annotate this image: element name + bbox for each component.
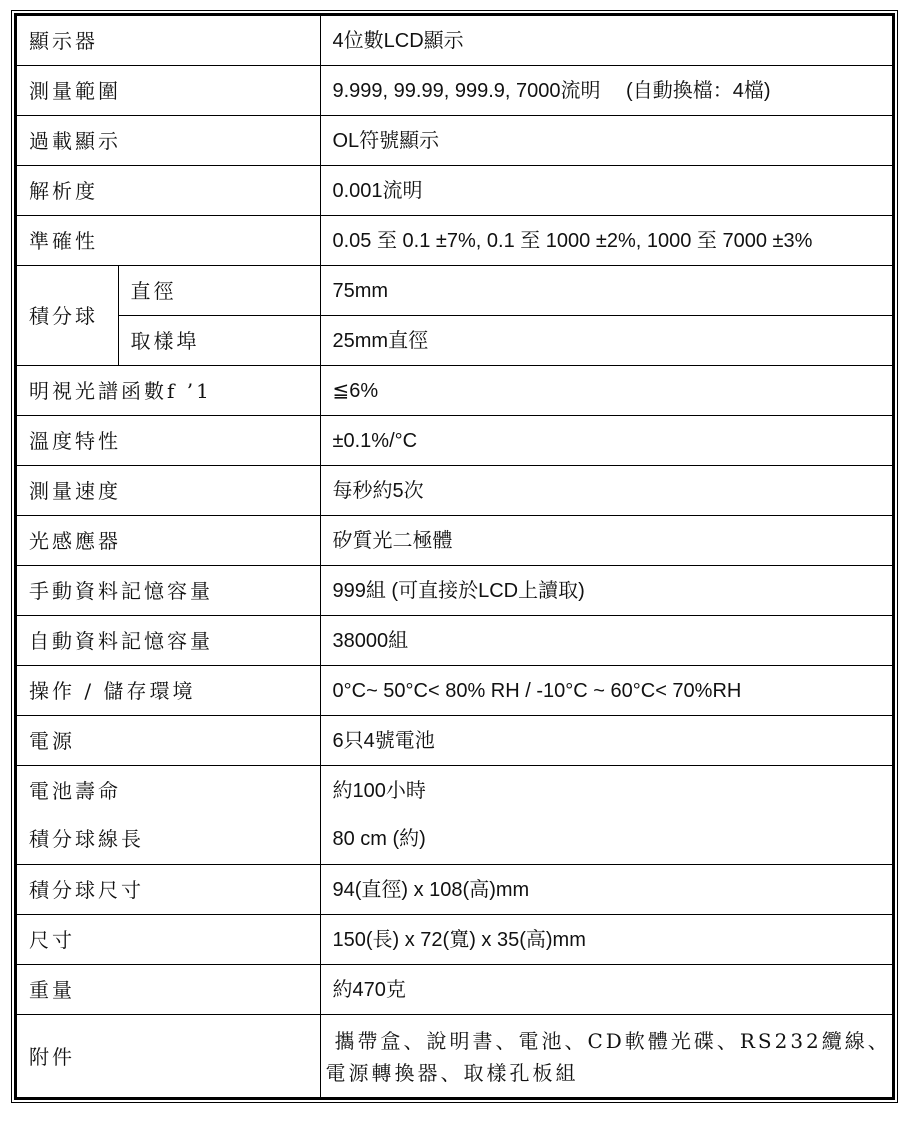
row-value: 矽質光二極體: [320, 516, 892, 566]
row-value: 4位數LCD顯示: [320, 16, 892, 66]
row-value: 0°C~ 50°C< 80% RH / -10°C ~ 60°C< 70%RH: [320, 666, 892, 716]
table-row-dimensions: 尺寸 150(長) x 72(寬) x 35(高)mm: [17, 915, 892, 965]
row-label: 電池壽命: [29, 767, 320, 815]
accessories-line: 電源轉換器、取樣孔板組: [326, 1057, 893, 1089]
row-value: 約100小時: [333, 767, 893, 815]
table-row-temperature: 溫度特性 ±0.1%/°C: [17, 416, 892, 466]
table-row-power: 電源 6只4號電池: [17, 716, 892, 766]
table-row-sensor: 光感應器 矽質光二極體: [17, 516, 892, 566]
row-label: 重量: [17, 965, 320, 1015]
table-row-overload: 過載顯示 OL符號顯示: [17, 116, 892, 166]
table-row-display: 顯示器 4位數LCD顯示: [17, 16, 892, 66]
row-label: 溫度特性: [17, 416, 320, 466]
row-value-stack: 約100小時 80 cm (約): [320, 766, 892, 865]
row-label: 手動資料記憶容量: [17, 566, 320, 616]
row-value: 每秒約5次: [320, 466, 892, 516]
row-value: 150(長) x 72(寬) x 35(高)mm: [320, 915, 892, 965]
row-value: 999組 (可直接於LCD上讀取): [320, 566, 892, 616]
accessories-line: 攜帶盒、說明書、電池、CD軟體光碟、RS232纜線、: [333, 1025, 893, 1057]
spec-table-frame: 顯示器 4位數LCD顯示 測量範圍 9.999, 99.99, 999.9, 7…: [11, 10, 898, 1103]
table-row-weight: 重量 約470克: [17, 965, 892, 1015]
row-label: 測量速度: [17, 466, 320, 516]
row-value: 0.05 至 0.1 ±7%, 0.1 至 1000 ±2%, 1000 至 7…: [320, 216, 892, 266]
row-label: 尺寸: [17, 915, 320, 965]
row-value: 75mm: [320, 266, 892, 316]
group-label-integrating-sphere: 積分球: [17, 266, 118, 366]
row-value: 94(直徑) x 108(高)mm: [320, 865, 892, 915]
row-value: 約470克: [320, 965, 892, 1015]
table-row-auto-memory: 自動資料記憶容量 38000組: [17, 616, 892, 666]
row-value: OL符號顯示: [320, 116, 892, 166]
sub-row-label: 取樣埠: [118, 316, 320, 366]
row-value: 38000組: [320, 616, 892, 666]
row-value-accessories: 攜帶盒、說明書、電池、CD軟體光碟、RS232纜線、 電源轉換器、取樣孔板組: [320, 1015, 892, 1100]
row-label: 顯示器: [17, 16, 320, 66]
table-row-spectral: 明視光譜函數f ’1 ≦6%: [17, 366, 892, 416]
row-label: 積分球尺寸: [17, 865, 320, 915]
table-row-sphere-port: 取樣埠 25mm直徑: [17, 316, 892, 366]
spec-table: 顯示器 4位數LCD顯示 測量範圍 9.999, 99.99, 999.9, 7…: [17, 16, 892, 1099]
row-label: 附件: [17, 1015, 320, 1100]
row-label: 自動資料記憶容量: [17, 616, 320, 666]
row-label: 操作 / 儲存環境: [17, 666, 320, 716]
row-label-stack: 電池壽命 積分球線長: [17, 766, 320, 865]
table-row-resolution: 解析度 0.001流明: [17, 166, 892, 216]
row-value: ±0.1%/°C: [320, 416, 892, 466]
spec-table-inner-frame: 顯示器 4位數LCD顯示 測量範圍 9.999, 99.99, 999.9, 7…: [14, 13, 895, 1100]
row-label: 解析度: [17, 166, 320, 216]
row-label: 測量範圍: [17, 66, 320, 116]
row-label: 過載顯示: [17, 116, 320, 166]
table-row-accuracy: 準確性 0.05 至 0.1 ±7%, 0.1 至 1000 ±2%, 1000…: [17, 216, 892, 266]
row-value: 9.999, 99.99, 999.9, 7000流明 (自動換檔：4檔): [320, 66, 892, 116]
table-row-sphere-size: 積分球尺寸 94(直徑) x 108(高)mm: [17, 865, 892, 915]
table-row-range: 測量範圍 9.999, 99.99, 999.9, 7000流明 (自動換檔：4…: [17, 66, 892, 116]
row-label: 明視光譜函數f ’1: [17, 366, 320, 416]
table-row-manual-memory: 手動資料記憶容量 999組 (可直接於LCD上讀取): [17, 566, 892, 616]
table-row-speed: 測量速度 每秒約5次: [17, 466, 892, 516]
row-label: 準確性: [17, 216, 320, 266]
table-row-sphere-diameter: 積分球 直徑 75mm: [17, 266, 892, 316]
row-label: 光感應器: [17, 516, 320, 566]
table-row-environment: 操作 / 儲存環境 0°C~ 50°C< 80% RH / -10°C ~ 60…: [17, 666, 892, 716]
sub-row-label: 直徑: [118, 266, 320, 316]
row-value: ≦6%: [320, 366, 892, 416]
table-row-accessories: 附件 攜帶盒、說明書、電池、CD軟體光碟、RS232纜線、 電源轉換器、取樣孔板…: [17, 1015, 892, 1100]
row-label: 積分球線長: [29, 815, 320, 863]
row-value: 6只4號電池: [320, 716, 892, 766]
row-value: 0.001流明: [320, 166, 892, 216]
table-row-battery-cable: 電池壽命 積分球線長 約100小時 80 cm (約): [17, 766, 892, 865]
row-value: 25mm直徑: [320, 316, 892, 366]
row-label: 電源: [17, 716, 320, 766]
row-value: 80 cm (約): [333, 815, 893, 863]
